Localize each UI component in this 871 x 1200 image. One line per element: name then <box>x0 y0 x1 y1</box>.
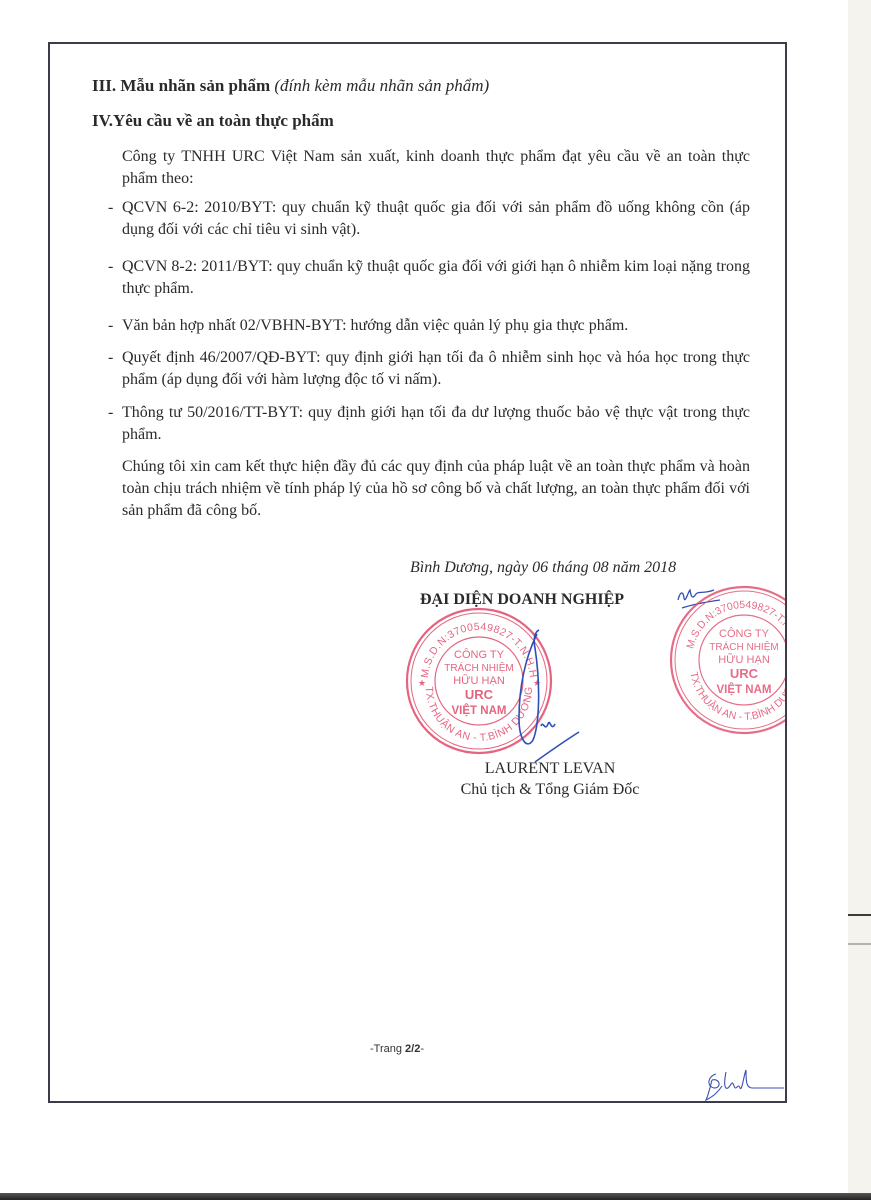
section-3-title: Mẫu nhãn sản phẩm <box>120 76 270 95</box>
section-3-note: (đính kèm mẫu nhãn sản phẩm) <box>274 76 489 95</box>
partial-seal-icon: M.S.D.N:3700549827-T.N.H.H TX.THUẬN AN -… <box>652 580 785 740</box>
svg-text:VIỆT NAM: VIỆT NAM <box>717 683 772 696</box>
bullet-dash: - <box>108 315 113 337</box>
requirement-text: Văn bản hợp nhất 02/VBHN-BYT: hướng dẫn … <box>122 317 628 334</box>
bullet-dash: - <box>108 347 113 369</box>
section-4-number: IV. <box>92 111 113 130</box>
handwritten-signature-icon <box>505 628 585 768</box>
requirement-text: Quyết định 46/2007/QĐ-BYT: quy định giới… <box>122 349 750 388</box>
svg-text:HỮU HẠN: HỮU HẠN <box>453 674 505 687</box>
svg-text:URC: URC <box>730 666 759 681</box>
section-4-heading: IV.Yêu cầu về an toàn thực phẩm <box>92 111 334 131</box>
requirement-text: QCVN 8-2: 2011/BYT: quy chuẩn kỹ thuật q… <box>122 258 750 297</box>
svg-text:URC: URC <box>465 687 494 702</box>
bullet-dash: - <box>108 256 113 278</box>
signer-name: LAURENT LEVAN <box>440 760 660 778</box>
section-3-number: III. <box>92 76 116 95</box>
page-count: 2/2 <box>405 1043 420 1055</box>
commitment-paragraph: Chúng tôi xin cam kết thực hiện đầy đủ c… <box>122 456 750 522</box>
intro-paragraph: Công ty TNHH URC Việt Nam sản xuất, kinh… <box>122 146 750 190</box>
scan-mark <box>848 943 871 945</box>
requirement-item: - Thông tư 50/2016/TT-BYT: quy định giới… <box>108 402 750 446</box>
scan-mark <box>848 914 871 916</box>
section-4-title: Yêu cầu về an toàn thực phẩm <box>113 111 334 130</box>
requirement-text: QCVN 6-2: 2010/BYT: quy chuẩn kỹ thuật q… <box>122 199 750 238</box>
requirement-text: Thông tư 50/2016/TT-BYT: quy định giới h… <box>122 404 750 443</box>
requirement-item: - QCVN 8-2: 2011/BYT: quy chuẩn kỹ thuật… <box>108 256 750 300</box>
svg-text:★: ★ <box>418 678 426 688</box>
svg-text:TRÁCH NHIỆM: TRÁCH NHIỆM <box>444 661 513 674</box>
partial-seal: M.S.D.N:3700549827-T.N.H.H TX.THUẬN AN -… <box>652 580 785 740</box>
svg-text:CÔNG TY: CÔNG TY <box>719 627 770 640</box>
svg-text:TRÁCH NHIỆM: TRÁCH NHIỆM <box>709 640 778 653</box>
page-initials-icon <box>702 1066 786 1104</box>
scan-edge <box>848 0 871 1200</box>
place-date: Bình Dương, ngày 06 tháng 08 năm 2018 <box>410 559 676 577</box>
section-3-heading: III. Mẫu nhãn sản phẩm (đính kèm mẫu nhã… <box>92 76 489 96</box>
svg-text:CÔNG TY: CÔNG TY <box>454 648 505 661</box>
scan-bottom-edge <box>0 1193 871 1200</box>
requirement-item: - Văn bản hợp nhất 02/VBHN-BYT: hướng dẫ… <box>108 315 750 337</box>
page-prefix: -Trang <box>370 1043 405 1055</box>
page-suffix: - <box>420 1043 424 1055</box>
requirement-item: - Quyết định 46/2007/QĐ-BYT: quy định gi… <box>108 347 750 391</box>
requirement-item: - QCVN 6-2: 2010/BYT: quy chuẩn kỹ thuật… <box>108 197 750 241</box>
bullet-dash: - <box>108 197 113 219</box>
svg-text:HỮU HẠN: HỮU HẠN <box>718 653 770 666</box>
page-number: -Trang 2/2- <box>370 1043 424 1055</box>
svg-text:VIỆT NAM: VIỆT NAM <box>452 704 507 717</box>
bullet-dash: - <box>108 402 113 424</box>
signer-role: Chủ tịch & Tổng Giám Đốc <box>440 781 660 799</box>
